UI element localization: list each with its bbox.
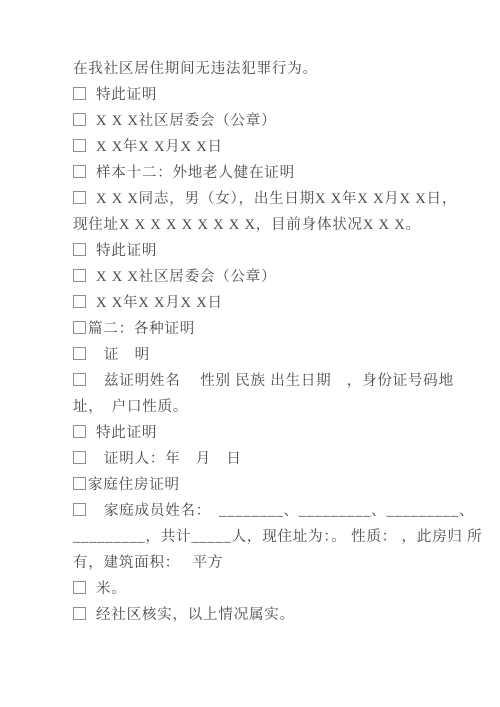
checkbox-icon: [73, 165, 86, 178]
document-line: 证 明: [73, 342, 453, 368]
checkbox-icon: [73, 243, 86, 256]
document-line: 经社区核实，以上情况属实。: [73, 602, 453, 628]
line-text: 样本十二：外地老人健在证明: [96, 165, 295, 181]
document-body: 在我社区居住期间无违法犯罪行为。特此证明X X X社区居委会（公章）X X年X …: [73, 56, 453, 628]
line-text: X X年X X月X X日: [96, 295, 223, 311]
checkbox-icon: [73, 87, 86, 100]
document-line: 现住址X X X X X X X X X，目前身体状况X X X。: [73, 212, 453, 238]
document-line: _________，共计_____人，现住址为：。 性质： ，此房归 所: [73, 524, 453, 550]
document-line: 篇二：各种证明: [73, 316, 453, 342]
checkbox-icon: [73, 191, 86, 204]
document-line: X X X社区居委会（公章）: [73, 108, 453, 134]
line-text: 有，建筑面积： 平方: [73, 555, 223, 571]
line-text: 兹证明姓名 性别 民族 出生日期 ，身份证号码地: [104, 373, 454, 389]
checkbox-icon: [73, 295, 86, 308]
line-text: X X X同志，男（女），出生日期X X年X X月X X日，: [96, 191, 457, 207]
document-line: X X X同志，男（女），出生日期X X年X X月X X日，: [73, 186, 453, 212]
checkbox-icon: [73, 139, 86, 152]
document-line: X X年X X月X X日: [73, 134, 453, 160]
document-line: X X X社区居委会（公章）: [73, 264, 453, 290]
checkbox-icon: [73, 347, 86, 360]
document-line: 有，建筑面积： 平方: [73, 550, 453, 576]
line-text: 现住址X X X X X X X X X，目前身体状况X X X。: [73, 217, 421, 233]
line-text: 特此证明: [96, 87, 157, 103]
line-text: 址， 户口性质。: [73, 399, 188, 415]
line-text: 特此证明: [96, 425, 157, 441]
document-line: 特此证明: [73, 238, 453, 264]
checkbox-icon: [73, 581, 86, 594]
checkbox-icon: [73, 373, 86, 386]
checkbox-icon: [73, 425, 86, 438]
checkbox-icon: [73, 321, 86, 334]
line-text: 证 明: [104, 347, 150, 363]
document-line: 样本十二：外地老人健在证明: [73, 160, 453, 186]
line-text: 证明人：年 月 日: [104, 451, 242, 467]
document-line: X X年X X月X X日: [73, 290, 453, 316]
line-text: _________，共计_____人，现住址为：。 性质： ，此房归 所: [73, 529, 482, 545]
document-line: 特此证明: [73, 420, 453, 446]
line-text: X X年X X月X X日: [96, 139, 223, 155]
checkbox-icon: [73, 477, 86, 490]
checkbox-icon: [73, 607, 86, 620]
document-line: 特此证明: [73, 82, 453, 108]
checkbox-icon: [73, 451, 86, 464]
line-text: 家庭住房证明: [88, 477, 180, 493]
document-line: 址， 户口性质。: [73, 394, 453, 420]
document-line: 家庭成员姓名： ________、_________、_________、: [73, 498, 453, 524]
document-line: 兹证明姓名 性别 民族 出生日期 ，身份证号码地: [73, 368, 453, 394]
document-line: 米。: [73, 576, 453, 602]
checkbox-icon: [73, 503, 86, 516]
document-line: 在我社区居住期间无违法犯罪行为。: [73, 56, 453, 82]
line-text: 篇二：各种证明: [88, 321, 195, 337]
line-text: X X X社区居委会（公章）: [96, 113, 276, 129]
line-text: 特此证明: [96, 243, 157, 259]
document-page: 在我社区居住期间无违法犯罪行为。特此证明X X X社区居委会（公章）X X年X …: [0, 0, 500, 707]
line-text: 经社区核实，以上情况属实。: [96, 607, 295, 623]
checkbox-icon: [73, 269, 86, 282]
checkbox-icon: [73, 113, 86, 126]
line-text: 在我社区居住期间无违法犯罪行为。: [73, 61, 318, 77]
document-line: 证明人：年 月 日: [73, 446, 453, 472]
line-text: 米。: [96, 581, 127, 597]
line-text: X X X社区居委会（公章）: [96, 269, 276, 285]
document-line: 家庭住房证明: [73, 472, 453, 498]
line-text: 家庭成员姓名： ________、_________、_________、: [104, 503, 474, 519]
